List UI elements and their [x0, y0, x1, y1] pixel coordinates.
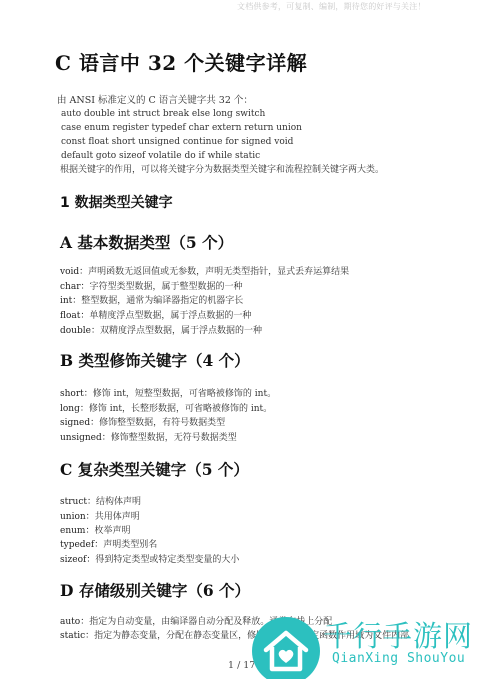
keyword-item: char：字符型类型数据，属于整型数据的一种: [60, 281, 243, 293]
intro-first-line: 由 ANSI 标准定义的 C 语言关键字共 32 个：: [57, 95, 253, 107]
keyword-item: double：双精度浮点型数据，属于浮点数据的一种: [60, 325, 262, 337]
keyword-item: unsigned：修饰整型数据，无符号数据类型: [60, 432, 237, 444]
keyword-desc: 字符型类型数据，属于整型数据的一种: [90, 282, 243, 292]
header-note: 文档供参考，可复制、编制，期待您的好评与关注！: [237, 1, 426, 12]
keyword-item: int：整型数据，通常为编译器指定的机器字长: [60, 295, 243, 307]
keyword-label: double：: [60, 326, 100, 336]
keyword-item: union：共用体声明: [60, 511, 140, 523]
keyword-desc: 修饰 int，短整型数据，可省略被修饰的 int。: [93, 389, 276, 399]
keyword-desc: 双精度浮点型数据，属于浮点数据的一种: [100, 326, 262, 336]
keyword-item: long：修饰 int，长整形数据，可省略被修饰的 int。: [60, 403, 272, 415]
keyword-label: int：: [60, 296, 81, 306]
keyword-desc: 得到特定类型或特定类型变量的大小: [95, 555, 239, 565]
subsection-heading-c: C 复杂类型关键字（5 个）: [60, 458, 249, 480]
keyword-item: enum：枚举声明: [60, 525, 130, 537]
keyword-label: union：: [60, 512, 95, 522]
keyword-desc: 声明类型别名: [103, 540, 157, 550]
keyword-line: default goto sizeof volatile do if while…: [61, 151, 260, 161]
keyword-label: float：: [60, 311, 89, 321]
keyword-desc: 修饰整型数据，有符号数据类型: [99, 418, 225, 428]
keyword-item: sizeof：得到特定类型或特定类型变量的大小: [60, 554, 239, 566]
intro-summary: 根据关键字的作用，可以将关键字分为数据类型关键字和流程控制关键字两大类。: [60, 164, 384, 176]
keyword-label: void：: [60, 267, 88, 277]
keyword-label: typedef：: [60, 540, 103, 550]
keyword-label: short：: [60, 389, 93, 399]
keyword-label: static：: [60, 631, 94, 641]
document-page: 文档供参考，可复制、编制，期待您的好评与关注！ C 语言中 32 个关键字详解 …: [0, 0, 480, 679]
keyword-label: char：: [60, 282, 90, 292]
keyword-label: auto：: [60, 617, 89, 627]
keyword-item: signed：修饰整型数据，有符号数据类型: [60, 417, 225, 429]
keyword-desc: 整型数据，通常为编译器指定的机器字长: [81, 296, 243, 306]
keyword-item: float：单精度浮点型数据，属于浮点数据的一种: [60, 310, 251, 322]
subsection-heading-d: D 存储级别关键字（6 个）: [60, 579, 250, 601]
section-heading-data-types: 1 数据类型关键字: [60, 192, 173, 212]
keyword-desc: 枚举声明: [94, 526, 130, 536]
keyword-label: long：: [60, 404, 89, 414]
keyword-label: unsigned：: [60, 433, 111, 443]
keyword-item: short：修饰 int，短整型数据，可省略被修饰的 int。: [60, 388, 276, 400]
keyword-item: typedef：声明类型别名: [60, 539, 157, 551]
house-heart-icon: [252, 617, 320, 679]
watermark-brand-en: QianXing ShouYou: [332, 651, 465, 666]
keyword-label: struct：: [60, 497, 96, 507]
keyword-item: struct：结构体声明: [60, 496, 141, 508]
keyword-desc: 单精度浮点型数据，属于浮点数据的一种: [89, 311, 251, 321]
watermark-brand-cn: 千行手游网: [323, 614, 473, 655]
subsection-heading-a: A 基本数据类型（5 个）: [60, 231, 233, 253]
keyword-line: auto double int struct break else long s…: [61, 109, 265, 119]
keyword-label: signed：: [60, 418, 99, 428]
keyword-label: sizeof：: [60, 555, 95, 565]
keyword-desc: 声明函数无返回值或无参数，声明无类型指针，显式丢弃运算结果: [88, 267, 349, 277]
keyword-desc: 共用体声明: [95, 512, 140, 522]
subsection-heading-b: B 类型修饰关键字（4 个）: [60, 349, 250, 371]
keyword-item: void：声明函数无返回值或无参数，声明无类型指针，显式丢弃运算结果: [60, 266, 349, 278]
keyword-line: const float short unsigned continue for …: [61, 137, 293, 147]
keyword-label: enum：: [60, 526, 94, 536]
keyword-line: case enum register typedef char extern r…: [61, 123, 302, 133]
keyword-desc: 修饰整型数据，无符号数据类型: [111, 433, 237, 443]
keyword-desc: 修饰 int，长整形数据，可省略被修饰的 int。: [89, 404, 272, 414]
keyword-desc: 结构体声明: [96, 497, 141, 507]
document-title: C 语言中 32 个关键字详解: [55, 47, 307, 76]
